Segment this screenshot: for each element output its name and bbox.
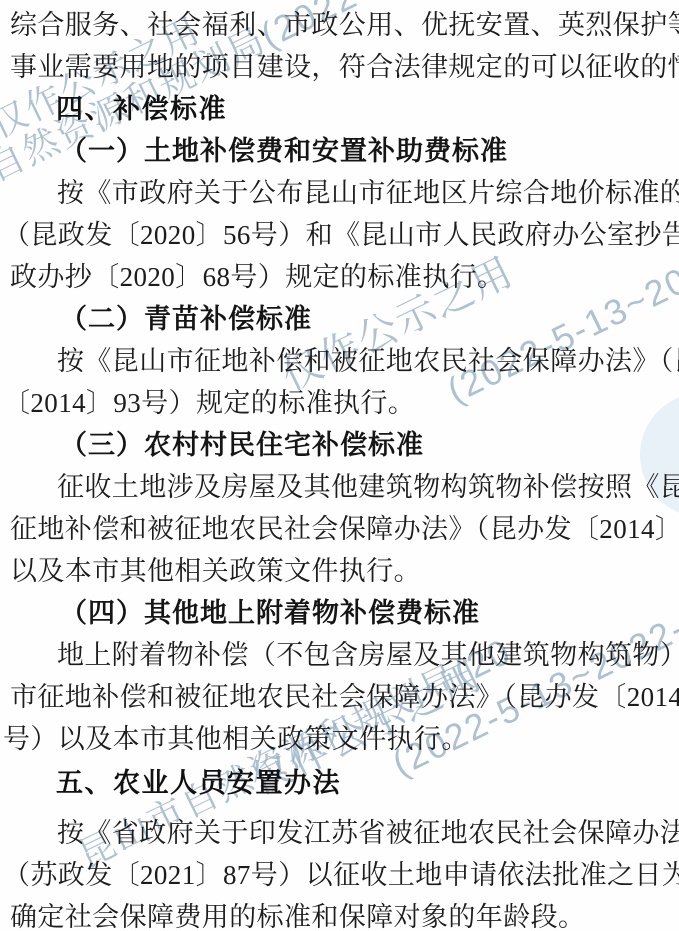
- text-line: 号）以及本市其他相关政策文件执行。: [0, 718, 679, 760]
- text-line: 综合服务、社会福利、市政公用、优抚安置、英烈保护等公共: [0, 4, 679, 46]
- text-line: 地上附着物补偿（不包含房屋及其他建筑物构筑物）按《昆山: [0, 634, 679, 676]
- text-line: 以及本市其他相关政策文件执行。: [0, 550, 679, 592]
- text-line: 事业需要用地的项目建设，符合法律规定的可以征收的情形。: [0, 46, 679, 88]
- text-line: （昆政发〔2020〕56号）和《昆山市人民政府办公室抄告单》（昆: [0, 214, 679, 256]
- subsection-heading: （二）青苗补偿标准: [0, 298, 679, 340]
- text-line: 征地补偿和被征地农民社会保障办法》（昆办发〔2014〕93号）: [0, 508, 679, 550]
- section-heading: 五、农业人员安置办法: [0, 762, 679, 804]
- subsection-heading: （一）土地补偿费和安置补助费标准: [0, 130, 679, 172]
- text-line: 征收土地涉及房屋及其他建筑物构筑物补偿按照《昆山市: [0, 466, 679, 508]
- document-text: 综合服务、社会福利、市政公用、优抚安置、英烈保护等公共事业需要用地的项目建设，符…: [0, 0, 679, 931]
- text-line: 市征地补偿和被征地农民社会保障办法》（昆办发〔2014〕93: [0, 676, 679, 718]
- text-line: 按《省政府关于印发江苏省被征地农民社会保障办法的通知》: [0, 812, 679, 854]
- text-line: （苏政发〔2021〕87号）以征收土地申请依法批准之日为基准日，: [0, 854, 679, 896]
- text-line: 〔2014〕93号）规定的标准执行。: [0, 382, 679, 424]
- section-heading: 四、补偿标准: [0, 88, 679, 130]
- subsection-heading: （三）农村村民住宅补偿标准: [0, 424, 679, 466]
- text-line: 按《昆山市征地补偿和被征地农民社会保障办法》（昆办发: [0, 340, 679, 382]
- text-line: 确定社会保障费用的标准和保障对象的年龄段。: [0, 896, 679, 931]
- text-line: 按《市政府关于公布昆山市征地区片综合地价标准的通知》: [0, 172, 679, 214]
- text-line: 政办抄〔2020〕68号）规定的标准执行。: [0, 256, 679, 298]
- document-page: 仅作公示之用市自然资源和规划局(2022-5-1仅作公示之用(2022-5-13…: [0, 0, 679, 931]
- subsection-heading: （四）其他地上附着物补偿费标准: [0, 592, 679, 634]
